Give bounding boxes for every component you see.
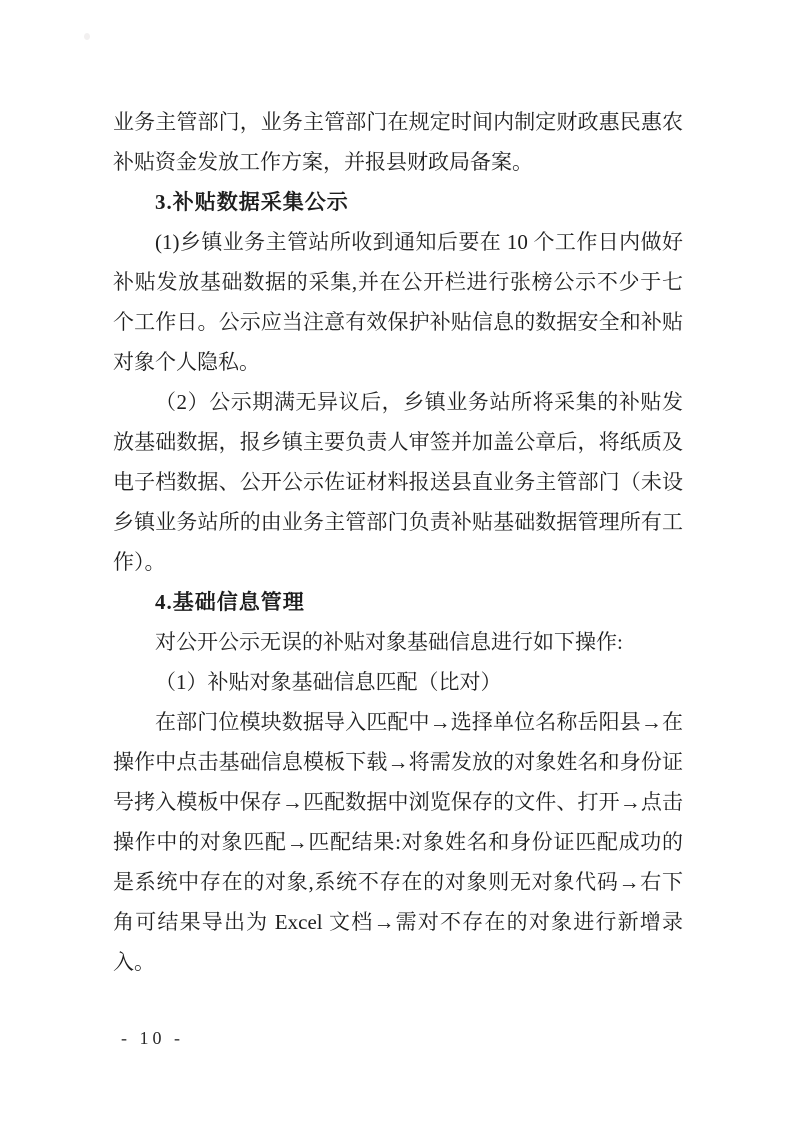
paragraph-matching-procedure-steps: 在部门位模块数据导入匹配中→选择单位名称岳阳县→在操作中点击基础信息模板下载→将… [113,702,683,982]
section-heading-3-subsidy-data-collection: 3.补贴数据采集公示 [113,182,683,222]
paragraph-item-2-after-publicity: （2）公示期满无异议后，乡镇业务站所将采集的补贴发放基础数据，报乡镇主要负责人审… [113,382,683,582]
document-text-block: 业务主管部门，业务主管部门在规定时间内制定财政惠民惠农补贴资金发放工作方案，并报… [113,102,683,982]
paragraph-operations-intro: 对公开公示无误的补贴对象基础信息进行如下操作: [113,622,683,662]
scan-artifact [84,33,90,40]
document-page: 业务主管部门，业务主管部门在规定时间内制定财政惠民惠农补贴资金发放工作方案，并报… [0,0,793,1121]
paragraph-continuation: 业务主管部门，业务主管部门在规定时间内制定财政惠民惠农补贴资金发放工作方案，并报… [113,102,683,182]
page-number: - 10 - [121,1026,184,1050]
paragraph-item-1-info-matching-title: （1）补贴对象基础信息匹配（比对） [113,662,683,702]
paragraph-item-1-township-collection: (1)乡镇业务主管站所收到通知后要在 10 个工作日内做好补贴发放基础数据的采集… [113,222,683,382]
section-heading-4-basic-info-management: 4.基础信息管理 [113,582,683,622]
